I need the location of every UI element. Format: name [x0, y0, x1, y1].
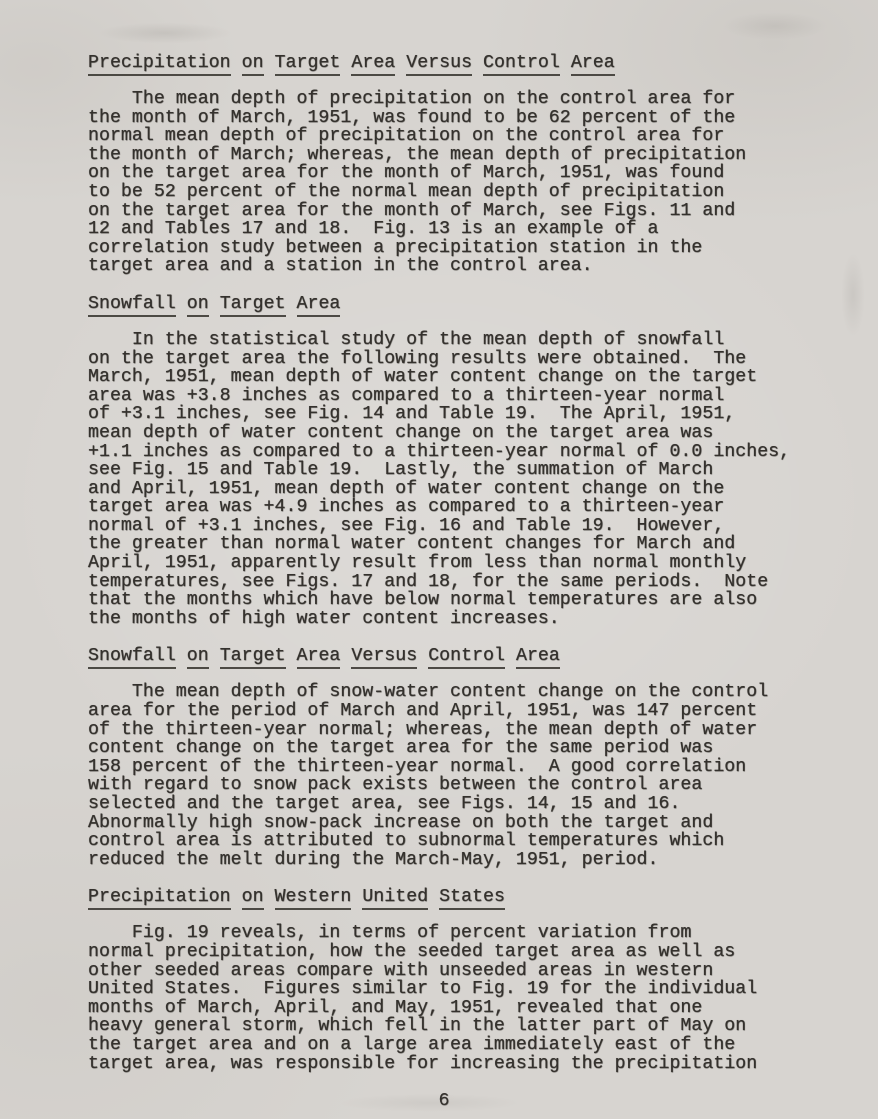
section-heading: Snowfall on Target Area [88, 295, 800, 314]
page-content: Precipitation on Target Area Versus Cont… [88, 54, 800, 1111]
section-paragraph: In the statistical study of the mean dep… [88, 331, 800, 629]
document-page: Precipitation on Target Area Versus Cont… [0, 0, 878, 1119]
section-paragraph: The mean depth of precipitation on the c… [88, 90, 800, 276]
section-heading: Precipitation on Western United States [88, 888, 800, 907]
page-number: 6 [439, 1091, 450, 1111]
scan-artifact [70, 18, 260, 48]
section-snowfall-target: Snowfall on Target Area In the statistic… [88, 295, 800, 629]
page-footer: 6 [88, 1092, 800, 1111]
section-snowfall-target-vs-control: Snowfall on Target Area Versus Control A… [88, 647, 800, 869]
section-paragraph: The mean depth of snow-water content cha… [88, 683, 800, 869]
section-precipitation-western-us: Precipitation on Western United States F… [88, 888, 800, 1073]
scan-artifact [700, 6, 850, 46]
section-heading: Snowfall on Target Area Versus Control A… [88, 647, 800, 666]
section-precipitation-target-vs-control: Precipitation on Target Area Versus Cont… [88, 54, 800, 276]
scan-artifact [836, 235, 870, 355]
section-paragraph: Fig. 19 reveals, in terms of percent var… [88, 924, 800, 1073]
section-heading: Precipitation on Target Area Versus Cont… [88, 54, 800, 73]
